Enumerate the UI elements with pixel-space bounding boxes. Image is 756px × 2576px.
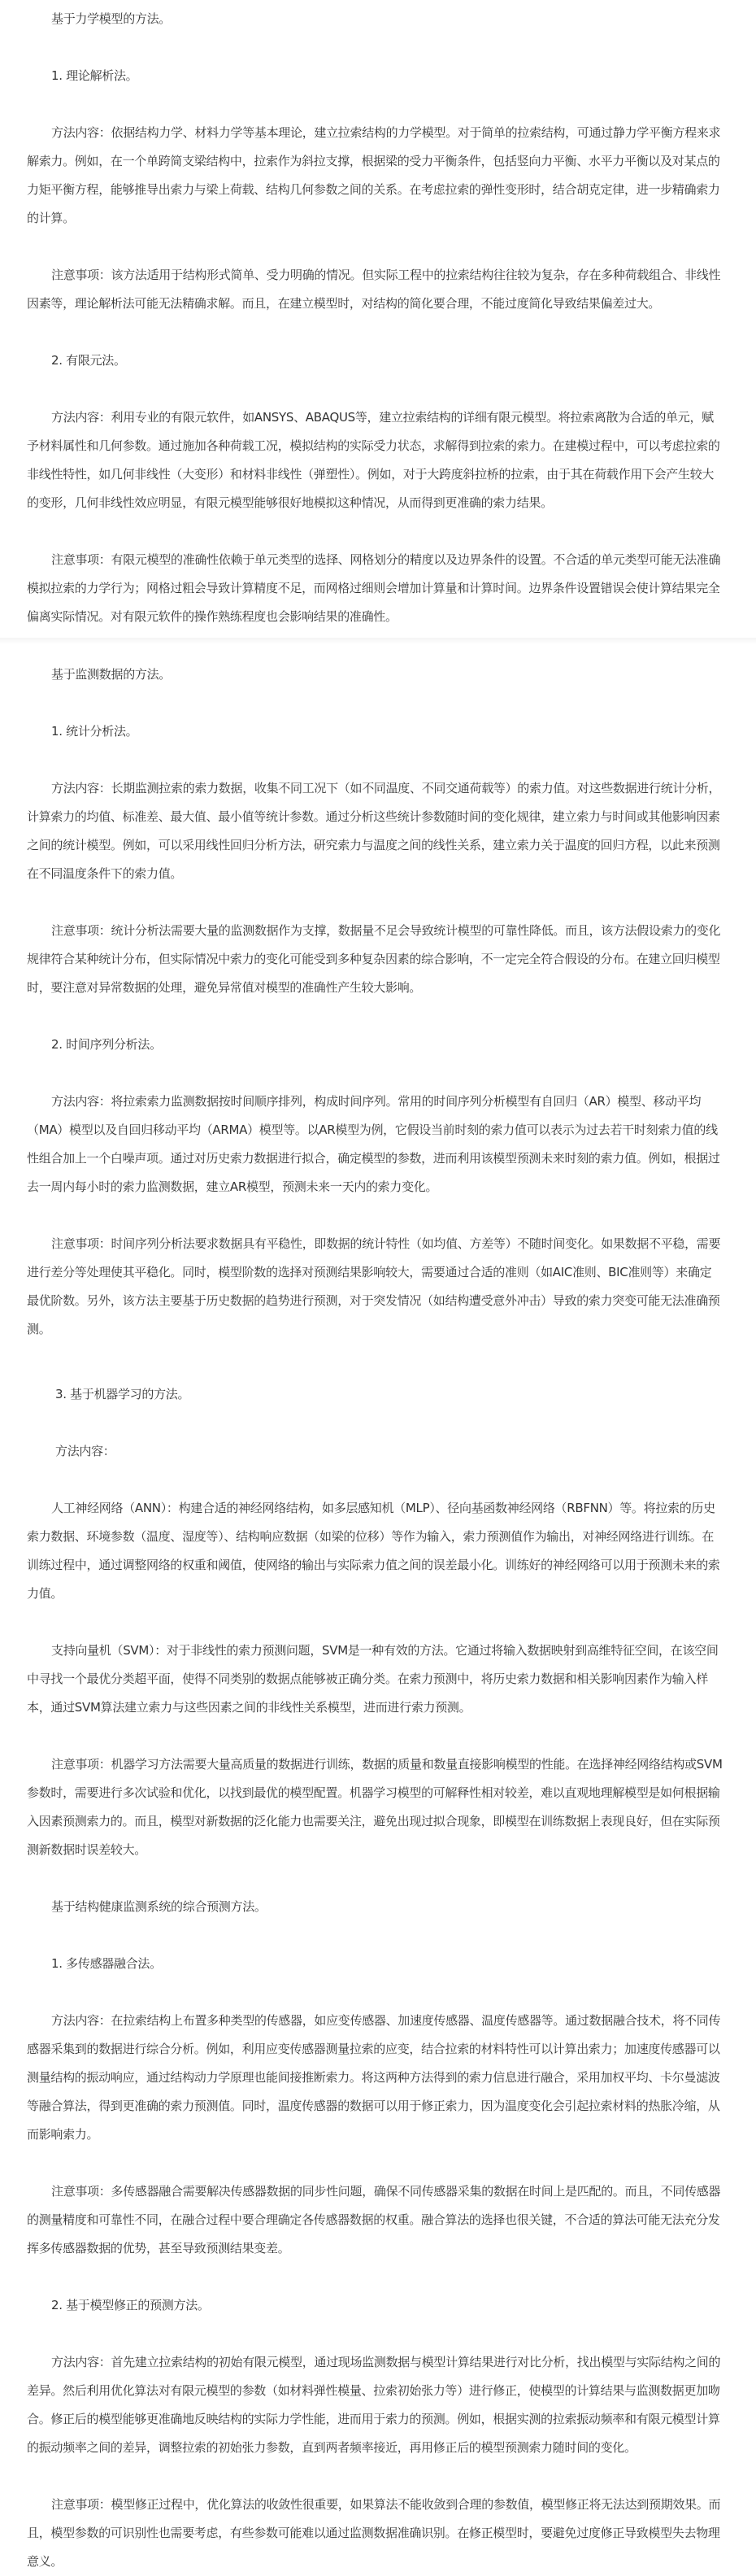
svm-paragraph: 支持向量机（SVM）：对于非线性的索力预测问题，SVM是一种有效的方法。它通过将… — [27, 1637, 723, 1722]
article-block-monitoring: 基于监测数据的方法。 1. 统计分析法。 方法内容：长期监测拉索的索力数据，收集… — [0, 654, 756, 2576]
method-heading-theoretical-analysis: 1. 理论解析法。 — [27, 62, 723, 90]
method-heading-multi-sensor-fusion: 1. 多传感器融合法。 — [27, 1950, 723, 1978]
ann-paragraph: 人工神经网络（ANN）：构建合适的神经网络结构，如多层感知机（MLP）、径向基函… — [27, 1494, 723, 1608]
method-notes-paragraph: 注意事项：有限元模型的准确性依赖于单元类型的选择、网格划分的精度以及边界条件的设… — [27, 546, 723, 631]
method-notes-paragraph: 注意事项：模型修正过程中，优化算法的收敛性很重要，如果算法不能收敛到合理的参数值… — [27, 2491, 723, 2576]
section-title-health-monitoring: 基于结构健康监测系统的综合预测方法。 — [27, 1893, 723, 1921]
section-title-monitoring-data: 基于监测数据的方法。 — [27, 660, 723, 689]
method-content-paragraph: 方法内容：首先建立拉索结构的初始有限元模型，通过现场监测数据与模型计算结果进行对… — [27, 2348, 723, 2462]
method-heading-statistical-analysis: 1. 统计分析法。 — [27, 717, 723, 746]
method-content-paragraph: 方法内容：利用专业的有限元软件，如ANSYS、ABAQUS等，建立拉索结构的详细… — [27, 403, 723, 517]
method-content-paragraph: 方法内容：长期监测拉索的索力数据，收集不同工况下（如不同温度、不同交通荷载等）的… — [27, 774, 723, 888]
method-notes-paragraph: 注意事项：机器学习方法需要大量高质量的数据进行训练，数据的质量和数量直接影响模型… — [27, 1750, 723, 1864]
section-divider — [0, 638, 756, 644]
section-title-mechanics-model: 基于力学模型的方法。 — [27, 5, 723, 33]
method-notes-paragraph: 注意事项：多传感器融合需要解决传感器数据的同步性问题，确保不同传感器采集的数据在… — [27, 2177, 723, 2263]
method-heading-time-series: 2. 时间序列分析法。 — [27, 1031, 723, 1059]
method-notes-paragraph: 注意事项：该方法适用于结构形式简单、受力明确的情况。但实际工程中的拉索结构往往较… — [27, 261, 723, 318]
method-content-paragraph: 方法内容：在拉索结构上布置多种类型的传感器，如应变传感器、加速度传感器、温度传感… — [27, 2007, 723, 2149]
method-heading-finite-element: 2. 有限元法。 — [27, 347, 723, 375]
method-notes-paragraph: 注意事项：统计分析法需要大量的监测数据作为支撑，数据量不足会导致统计模型的可靠性… — [27, 917, 723, 1002]
method-notes-paragraph: 注意事项：时间序列分析法要求数据具有平稳性，即数据的统计特性（如均值、方差等）不… — [27, 1230, 723, 1344]
article-block-mechanics: 基于力学模型的方法。 1. 理论解析法。 方法内容：依据结构力学、材料力学等基本… — [0, 0, 756, 631]
method-heading-machine-learning: 3. 基于机器学习的方法。 — [27, 1380, 723, 1409]
method-content-paragraph: 方法内容：依据结构力学、材料力学等基本理论，建立拉索结构的力学模型。对于简单的拉… — [27, 119, 723, 233]
method-heading-model-updating: 2. 基于模型修正的预测方法。 — [27, 2291, 723, 2320]
method-content-paragraph: 方法内容：将拉索索力监测数据按时间顺序排列，构成时间序列。常用的时间序列分析模型… — [27, 1087, 723, 1201]
method-content-label: 方法内容： — [27, 1437, 723, 1466]
